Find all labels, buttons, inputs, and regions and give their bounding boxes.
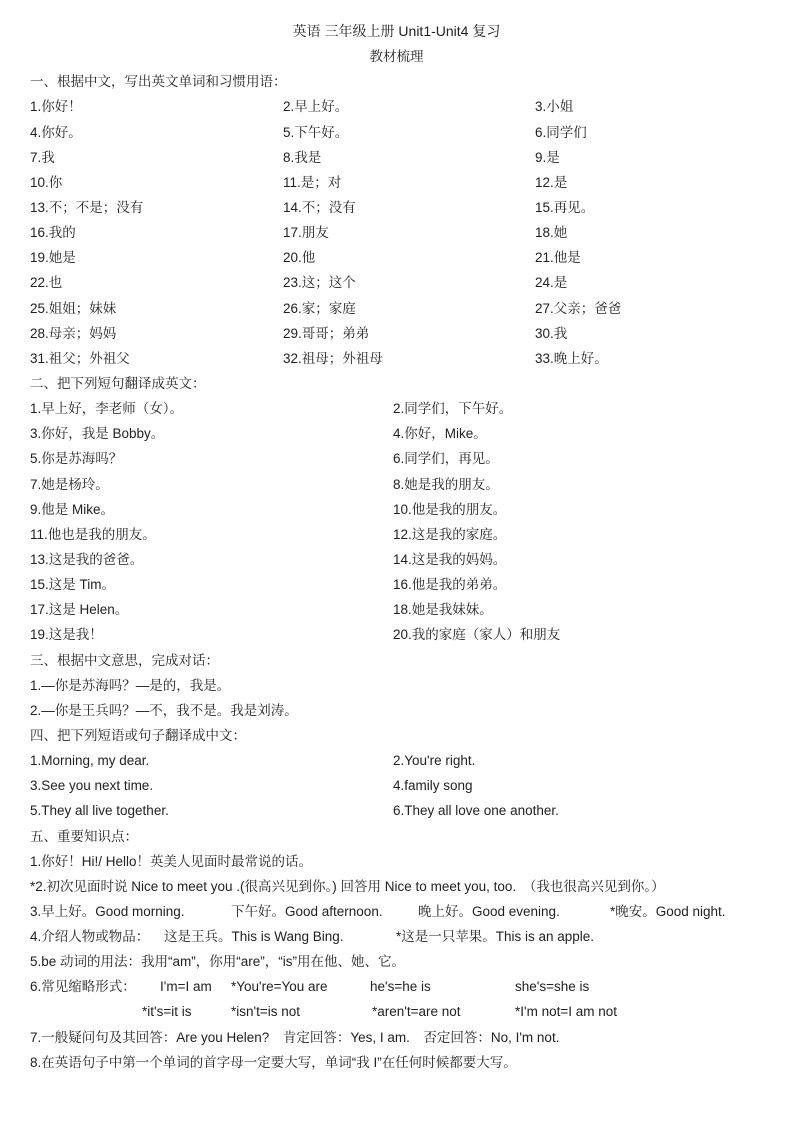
sentence-item: 20.我的家庭（家人）和朋友 — [393, 622, 763, 647]
word-item: 10.你 — [30, 170, 283, 195]
section5-heading: 五、重要知识点： — [30, 824, 763, 849]
knowledge-point-6-row2: *it's=it is *isn't=is not *aren't=are no… — [30, 999, 763, 1024]
dialogue-item: 1.—你是苏海吗？—是的，我是。 — [30, 673, 763, 698]
document-subtitle: 教材梳理 — [30, 44, 763, 69]
word-item: 22.也 — [30, 270, 283, 295]
word-item: 32.祖母；外祖母 — [283, 346, 535, 371]
phrase-item: 3.See you next time. — [30, 773, 393, 798]
knowledge-point-part: 这是王兵。This is Wang Bing. — [164, 924, 344, 949]
word-item: 7.我 — [30, 145, 283, 170]
contraction-item: *You're=You are — [231, 974, 328, 999]
word-item: 30.我 — [535, 321, 763, 346]
sentence-item: 7.她是杨玲。 — [30, 472, 393, 497]
sentence-item: 3.你好，我是 Bobby。 — [30, 421, 393, 446]
contractions-label: 6.常见缩略形式： — [30, 974, 136, 999]
word-item: 21.他是 — [535, 245, 763, 270]
sentence-item: 19.这是我！ — [30, 622, 393, 647]
contraction-item: *aren't=are not — [372, 999, 461, 1024]
section3-heading: 三、根据中文意思，完成对话： — [30, 648, 763, 673]
word-item: 29.哥哥；弟弟 — [283, 321, 535, 346]
section2-sentence-list: 1.早上好，李老师（女）。 2.同学们，下午好。 3.你好，我是 Bobby。 … — [30, 396, 763, 647]
word-item: 13.不；不是；没有 — [30, 195, 283, 220]
knowledge-point-8: 8.在英语句子中第一个单词的首字母一定要大写，单词“我 I”在任何时候都要大写。 — [30, 1050, 763, 1075]
contraction-item: he's=he is — [370, 974, 431, 999]
word-item: 26.家；家庭 — [283, 296, 535, 321]
word-item: 25.姐姐；妹妹 — [30, 296, 283, 321]
word-item: 11.是；对 — [283, 170, 535, 195]
sentence-item: 6.同学们，再见。 — [393, 446, 763, 471]
word-item: 15.再见。 — [535, 195, 763, 220]
sentence-item: 4.你好，Mike。 — [393, 421, 763, 446]
section2-heading: 二、把下列短句翻译成英文： — [30, 371, 763, 396]
sentence-item: 16.他是我的弟弟。 — [393, 572, 763, 597]
dialogue-item: 2.—你是王兵吗？—不，我不是。我是刘涛。 — [30, 698, 763, 723]
sentence-item: 18.她是我妹妹。 — [393, 597, 763, 622]
word-item: 1.你好！ — [30, 94, 283, 119]
word-item: 28.母亲；妈妈 — [30, 321, 283, 346]
knowledge-point-part: 下午好。Good afternoon. — [231, 899, 383, 924]
contraction-item: she's=she is — [515, 974, 589, 999]
knowledge-point-3: 3.早上好。Good morning. 下午好。Good afternoon. … — [30, 899, 763, 924]
contraction-item: *I'm not=I am not — [515, 999, 617, 1024]
word-item: 20.他 — [283, 245, 535, 270]
sentence-item: 8.她是我的朋友。 — [393, 472, 763, 497]
knowledge-point-part: 晚上好。Good evening. — [418, 899, 560, 924]
section1-word-list: 1.你好！ 2.早上好。 3.小姐 4.你好。 5.下午好。 6.同学们 7.我… — [30, 94, 763, 371]
sentence-item: 10.他是我的朋友。 — [393, 497, 763, 522]
phrase-item: 2.You're right. — [393, 748, 763, 773]
word-item: 8.我是 — [283, 145, 535, 170]
word-item: 31.祖父；外祖父 — [30, 346, 283, 371]
knowledge-point-2: *2.初次见面时说 Nice to meet you .(很高兴见到你。) 回答… — [30, 874, 763, 899]
section4-phrase-list: 1.Morning, my dear. 2.You're right. 3.Se… — [30, 748, 763, 823]
knowledge-point-part: 4.介绍人物或物品： — [30, 924, 149, 949]
word-item: 17.朋友 — [283, 220, 535, 245]
document-page: 英语 三年级上册 Unit1-Unit4 复习 教材梳理 一、根据中文，写出英文… — [0, 0, 793, 1122]
knowledge-point-part: 3.早上好。Good morning. — [30, 899, 185, 924]
sentence-item: 17.这是 Helen。 — [30, 597, 393, 622]
word-item: 23.这；这个 — [283, 270, 535, 295]
word-item: 24.是 — [535, 270, 763, 295]
phrase-item: 6.They all love one another. — [393, 798, 763, 823]
contraction-item: *isn't=is not — [231, 999, 300, 1024]
word-item: 18.她 — [535, 220, 763, 245]
sentence-item: 2.同学们，下午好。 — [393, 396, 763, 421]
word-item: 19.她是 — [30, 245, 283, 270]
phrase-item: 5.They all live together. — [30, 798, 393, 823]
sentence-item: 11.他也是我的朋友。 — [30, 522, 393, 547]
word-item: 16.我的 — [30, 220, 283, 245]
contraction-item: I'm=I am — [160, 974, 212, 999]
document-title: 英语 三年级上册 Unit1-Unit4 复习 — [30, 19, 763, 44]
sentence-item: 15.这是 Tim。 — [30, 572, 393, 597]
word-item: 9.是 — [535, 145, 763, 170]
knowledge-point-part: *这是一只苹果。This is an apple. — [396, 924, 594, 949]
sentence-item: 1.早上好，李老师（女）。 — [30, 396, 393, 421]
knowledge-point-7: 7.一般疑问句及其回答：Are you Helen? 肯定回答：Yes, I a… — [30, 1025, 763, 1050]
knowledge-point-1: 1.你好！Hi!/ Hello！英美人见面时最常说的话。 — [30, 849, 763, 874]
phrase-item: 1.Morning, my dear. — [30, 748, 393, 773]
sentence-item: 9.他是 Mike。 — [30, 497, 393, 522]
sentence-item: 5.你是苏海吗？ — [30, 446, 393, 471]
word-item: 5.下午好。 — [283, 120, 535, 145]
word-item: 3.小姐 — [535, 94, 763, 119]
word-item: 27.父亲；爸爸 — [535, 296, 763, 321]
knowledge-point-6-row1: 6.常见缩略形式： I'm=I am *You're=You are he's=… — [30, 974, 763, 999]
word-item: 12.是 — [535, 170, 763, 195]
word-item: 4.你好。 — [30, 120, 283, 145]
word-item: 33.晚上好。 — [535, 346, 763, 371]
section4-heading: 四、把下列短语或句子翻译成中文： — [30, 723, 763, 748]
knowledge-point-part: *晚安。Good night. — [610, 899, 726, 924]
knowledge-point-4: 4.介绍人物或物品： 这是王兵。This is Wang Bing. *这是一只… — [30, 924, 763, 949]
sentence-item: 12.这是我的家庭。 — [393, 522, 763, 547]
word-item: 14.不；没有 — [283, 195, 535, 220]
word-item: 2.早上好。 — [283, 94, 535, 119]
sentence-item: 13.这是我的爸爸。 — [30, 547, 393, 572]
contraction-item: *it's=it is — [142, 999, 191, 1024]
word-item: 6.同学们 — [535, 120, 763, 145]
phrase-item: 4.family song — [393, 773, 763, 798]
section1-heading: 一、根据中文，写出英文单词和习惯用语： — [30, 69, 763, 94]
sentence-item: 14.这是我的妈妈。 — [393, 547, 763, 572]
knowledge-point-5: 5.be 动词的用法：我用“am”，你用“are”，“is”用在他、她、它。 — [30, 949, 763, 974]
